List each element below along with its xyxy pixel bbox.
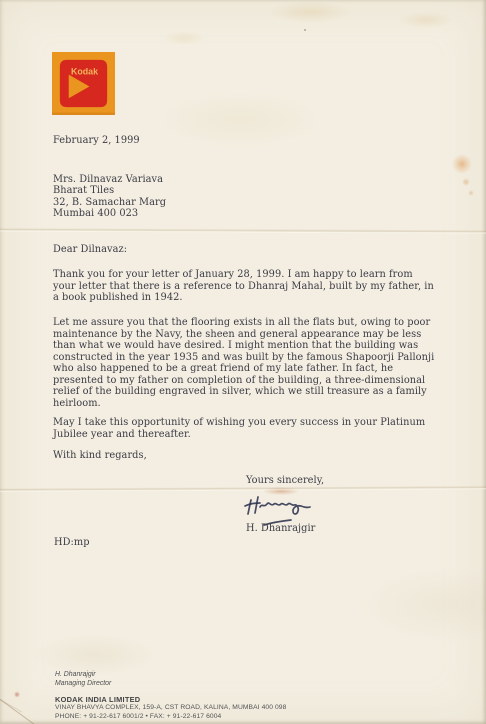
ink-mark <box>14 691 20 698</box>
kind-regards: With kind regards, <box>53 450 147 462</box>
paragraph-line: a book published in 1942. <box>53 292 434 304</box>
paragraph-line: than what we would have desired. I might… <box>53 340 434 352</box>
recipient-city: Mumbai 400 023 <box>53 208 166 219</box>
footer-contact: PHONE: + 91-22-617 6001/2 • FAX: + 91-22… <box>55 713 286 722</box>
recipient-company: Bharat Tiles <box>53 185 166 196</box>
paragraph-line: maintenance by the Navy, the sheen and g… <box>53 329 434 341</box>
footer-company-name: KODAK INDIA LIMITED <box>55 695 286 704</box>
fold-line-bottom <box>0 486 486 493</box>
typist-reference: HD:mp <box>54 537 90 549</box>
fold-line-top <box>0 228 486 234</box>
footer-signatory-name: H. Dhanrajgir <box>55 670 286 679</box>
paragraph-line: Jubilee year and thereafter. <box>53 429 425 441</box>
paper-speck <box>304 29 306 31</box>
closing-phrase: Yours sincerely, <box>246 475 324 487</box>
letter-date: February 2, 1999 <box>53 135 140 147</box>
footer-address: VINAY BHAVYA COMPLEX, 159-A, CST ROAD, K… <box>55 704 286 713</box>
paragraph-line: presented to my father on completion of … <box>53 375 434 387</box>
corner-crease <box>0 697 39 724</box>
letter-page: Kodak February 2, 1999 Mrs. Dilnavaz Var… <box>0 0 486 724</box>
recipient-name: Mrs. Dilnavaz Variava <box>53 174 166 185</box>
paragraph-line: relief of the building engraved in silve… <box>53 386 434 398</box>
paragraph-3: May I take this opportunity of wishing y… <box>53 417 425 440</box>
paragraph-line: Thank you for your letter of January 28,… <box>53 269 434 281</box>
signatory-name: H. Dhanrajgir <box>246 523 315 535</box>
paragraph-line: Let me assure you that the flooring exis… <box>53 317 434 329</box>
kodak-logo-text: Kodak <box>71 67 98 77</box>
paragraph-line: heirloom. <box>53 398 434 410</box>
paragraph-2: Let me assure you that the flooring exis… <box>53 317 434 409</box>
footer-signatory-title: Managing Director <box>55 679 286 688</box>
salutation: Dear Dilnavaz: <box>53 244 127 256</box>
recipient-street: 32, B. Samachar Marg <box>53 197 166 208</box>
paragraph-line: who also happened to be a great friend o… <box>53 363 434 375</box>
paragraph-line: May I take this opportunity of wishing y… <box>53 417 425 429</box>
recipient-address: Mrs. Dilnavaz Variava Bharat Tiles 32, B… <box>53 174 166 220</box>
paragraph-1: Thank you for your letter of January 28,… <box>53 269 434 304</box>
kodak-logo-icon: Kodak <box>52 52 115 115</box>
letterhead-footer: H. Dhanrajgir Managing Director KODAK IN… <box>55 670 286 722</box>
paragraph-line: your letter that there is a reference to… <box>53 281 434 293</box>
paragraph-line: constructed in the year 1935 and was bui… <box>53 352 434 364</box>
